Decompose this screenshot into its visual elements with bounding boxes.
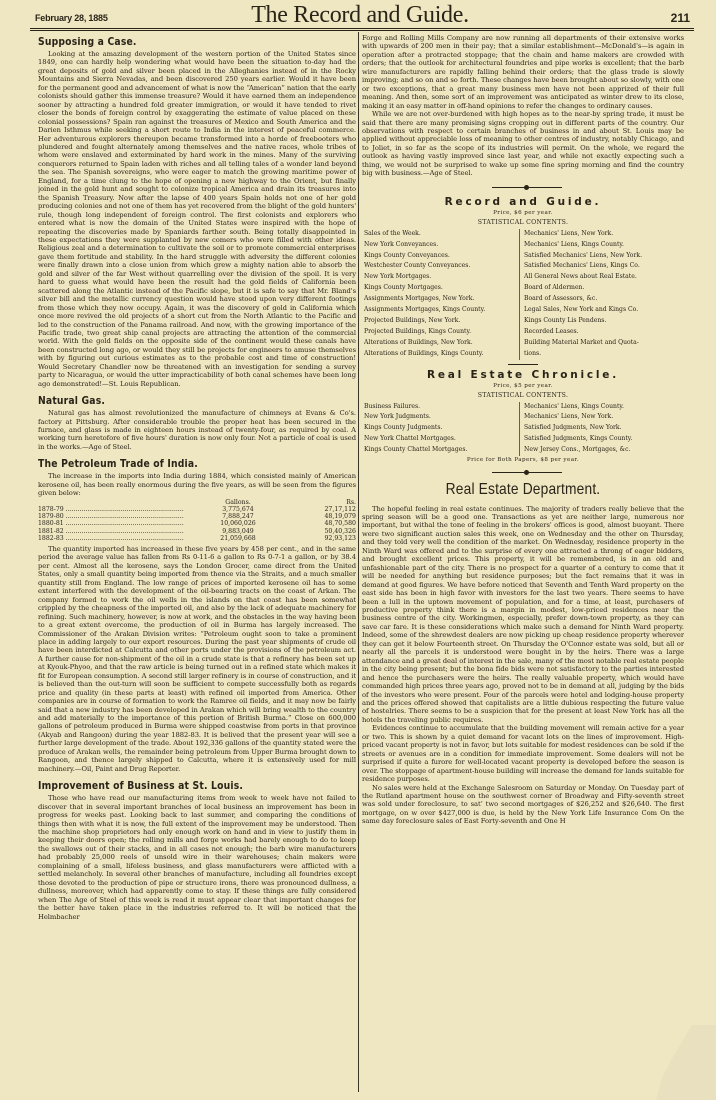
table-cell-gallons: 7,888,247: [188, 513, 288, 520]
contents-item: Kings County Judgments.: [364, 423, 519, 434]
contents-item: All General News about Real Estate.: [524, 272, 684, 283]
record-guide-stat-title: STATISTICAL CONTENTS.: [362, 219, 684, 226]
record-guide-contents-col1: Sales of the Week.New York Conveyances.K…: [362, 229, 519, 360]
article-body-st-louis: Those who have read our manufacturing it…: [38, 794, 356, 921]
contents-item: Alterations of Buildings, New York.: [364, 338, 519, 349]
both-papers-price: Price for Both Papers, $8 per year.: [362, 457, 684, 463]
contents-item: Projected Buildings, New York.: [364, 316, 519, 327]
article-heading-petroleum: The Petroleum Trade of India.: [38, 458, 318, 470]
article-body-natural-gas: Natural gas has almost revolutionized th…: [38, 409, 356, 451]
article-heading-supposing: Supposing a Case.: [38, 36, 318, 48]
masthead-rule-double: [30, 30, 694, 31]
contents-item: Westchester County Conveyances.: [364, 261, 519, 272]
table-row: 1879-80 ................................…: [38, 513, 356, 520]
table-cell-year: 1879-80 ................................…: [38, 513, 188, 520]
chronicle-stat-title: STATISTICAL CONTENTS.: [362, 392, 684, 399]
record-guide-title: Record and Guide.: [362, 196, 684, 208]
section-ornament: [362, 182, 684, 192]
contents-item: Satisfied Mechanics' Liens, Kings Co.: [524, 261, 684, 272]
article-heading-natural-gas: Natural Gas.: [38, 395, 318, 407]
article-continued-st-louis-2: While we are not over-burdened with high…: [362, 110, 684, 178]
table-cell-gallons: 3,775,674: [188, 506, 288, 513]
contents-item: Board of Assessors, &c.: [524, 294, 684, 305]
contents-item: Satisfied Judgments, Kings County.: [524, 434, 684, 445]
contents-item: Satisfied Judgments, New York.: [524, 423, 684, 434]
contents-item: Mechanics' Liens, New York.: [524, 412, 684, 423]
newspaper-page: February 28, 1885 The Record and Guide. …: [0, 0, 716, 1100]
contents-item: Kings County Chattel Mortgages.: [364, 445, 519, 456]
table-cell-year: 1878-79 ................................…: [38, 506, 188, 513]
table-row: 1882-83 ................................…: [38, 535, 356, 542]
contents-item: Satisfied Mechanics' Liens, New York.: [524, 251, 684, 262]
chronicle-contents-col2: Mechanics' Liens, Kings County.Mechanics…: [519, 402, 684, 456]
page-number: 211: [671, 11, 690, 25]
table-row: 1878-79 ................................…: [38, 506, 356, 513]
contents-item: Assignments Mortgages, New York.: [364, 294, 519, 305]
table-cell-year: 1881-82 ................................…: [38, 528, 188, 535]
contents-item: Kings County Lis Pendens.: [524, 316, 684, 327]
chronicle-contents: Business Failures.New York Judgments.Kin…: [362, 402, 684, 456]
contents-item: New York Conveyances.: [364, 240, 519, 251]
record-guide-contents: Sales of the Week.New York Conveyances.K…: [362, 229, 684, 360]
table-header-rupees: Rs.: [288, 499, 356, 506]
contents-item: Assignments Mortgages, Kings County.: [364, 305, 519, 316]
contents-item: Building Material Market and Quota-: [524, 338, 684, 349]
contents-item: Mechanics' Liens, Kings County.: [524, 240, 684, 251]
article-continued-st-louis-1: Forge and Rolling Mills Company are now …: [362, 34, 684, 110]
chronicle-price: Price, $5 per year.: [362, 383, 684, 389]
contents-item: Board of Aldermen.: [524, 283, 684, 294]
real-estate-department-heading: Real Estate Department.: [385, 481, 662, 499]
column-divider: [358, 32, 359, 1092]
chronicle-subscription-box: Real Estate Chronicle. Price, $5 per yea…: [362, 369, 684, 463]
real-estate-paragraph-1: The hopeful feeling in real estate conti…: [362, 505, 684, 725]
contents-item: New Jersey Cons., Mortgages, &c.: [524, 445, 684, 456]
real-estate-paragraph-2: Evidences continue to accumulate that th…: [362, 724, 684, 783]
petroleum-imports-table: Gallons. Rs. 1878-79 ...................…: [38, 499, 356, 542]
masthead-rule: [30, 28, 694, 29]
contents-item: Recorded Leases.: [524, 327, 684, 338]
article-body-petroleum: The quantity imported has increased in t…: [38, 545, 356, 773]
table-cell-rupees: 48,19,079: [288, 513, 356, 520]
contents-item: New York Chattel Mortgages.: [364, 434, 519, 445]
newspaper-title: The Record and Guide.: [30, 2, 690, 29]
masthead: February 28, 1885 The Record and Guide. …: [30, 4, 690, 28]
table-cell-year: 1880-81 ................................…: [38, 520, 188, 527]
table-cell-rupees: 92,93,123: [288, 535, 356, 542]
article-intro-petroleum: The increase in the imports into India d…: [38, 472, 356, 497]
article-body-supposing: Looking at the amazing development of th…: [38, 50, 356, 388]
record-guide-price: Price, $6 per year.: [362, 210, 684, 216]
contents-item: New York Mortgages.: [364, 272, 519, 283]
record-guide-contents-col2: Mechanics' Liens, New York.Mechanics' Li…: [519, 229, 684, 360]
left-column: Supposing a Case. Looking at the amazing…: [38, 34, 356, 1100]
table-cell-year: 1882-83 ................................…: [38, 535, 188, 542]
real-estate-paragraph-3: No sales were held at the Exchange Sales…: [362, 784, 684, 826]
contents-item: Alterations of Buildings, Kings County.: [364, 349, 519, 360]
contents-item: Mechanics' Liens, New York.: [524, 229, 684, 240]
table-header-gallons: Gallons.: [188, 499, 288, 506]
contents-item: Sales of the Week.: [364, 229, 519, 240]
contents-item: Legal Sales, New York and Kings Co.: [524, 305, 684, 316]
section-ornament-2: [362, 467, 684, 477]
table-cell-gallons: 10,060,026: [188, 520, 288, 527]
article-heading-st-louis: Improvement of Business at St. Louis.: [38, 780, 318, 792]
chronicle-contents-col1: Business Failures.New York Judgments.Kin…: [362, 402, 519, 456]
table-cell-gallons: 21,059,668: [188, 535, 288, 542]
table-cell-gallons: 9,883,049: [188, 528, 288, 535]
table-row: 1881-82 ................................…: [38, 528, 356, 535]
contents-item: tions.: [524, 349, 684, 360]
record-guide-subscription-box: Record and Guide. Price, $6 per year. ST…: [362, 196, 684, 360]
chronicle-title: Real Estate Chronicle.: [362, 369, 684, 381]
contents-item: Business Failures.: [364, 402, 519, 413]
table-row: 1880-81 ................................…: [38, 520, 356, 527]
contents-item: Mechanics' Liens, Kings County.: [524, 402, 684, 413]
table-cell-rupees: 48,70,580: [288, 520, 356, 527]
contents-item: New York Judgments.: [364, 412, 519, 423]
table-cell-rupees: 27,17,112: [288, 506, 356, 513]
contents-item: Projected Buildings, Kings County.: [364, 327, 519, 338]
section-rule: [508, 364, 538, 365]
right-column: Forge and Rolling Mills Company are now …: [362, 34, 684, 1100]
contents-item: Kings County Conveyances.: [364, 251, 519, 262]
table-cell-rupees: 50,40,326: [288, 528, 356, 535]
contents-item: Kings County Mortgages.: [364, 283, 519, 294]
table-header-year: [38, 499, 188, 506]
